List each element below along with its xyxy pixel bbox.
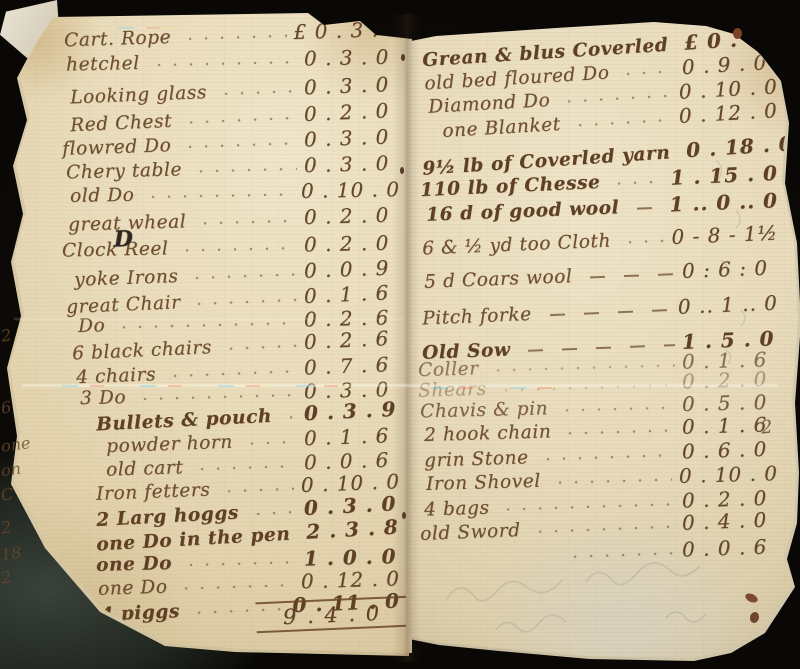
item-name: one Do xyxy=(98,577,168,600)
item-value: 0 . 2 . 6 xyxy=(303,326,400,354)
ink-bleedthrough-marks xyxy=(436,530,776,650)
ink-stain-spot xyxy=(733,28,742,39)
binding-stitch xyxy=(402,512,406,519)
dotted-leader xyxy=(187,271,297,282)
item-name: Do xyxy=(78,315,106,337)
item-value: 2 . 3 . 8 xyxy=(306,514,403,543)
item-name: one Do xyxy=(96,553,173,576)
item-name: Iron Shovel xyxy=(426,471,541,495)
dotted-leader xyxy=(165,368,297,380)
item-value: 0 . 3 . 0 xyxy=(304,45,400,71)
item-value: 0 . 2 . 0 xyxy=(303,98,400,126)
dotted-leader xyxy=(620,237,665,246)
dotted-leader xyxy=(216,88,297,98)
dotted-leader xyxy=(538,452,676,463)
margin-fragment-text: one xyxy=(0,433,32,456)
binding-stitch xyxy=(400,167,404,174)
item-name: 16 d of good wool xyxy=(426,197,620,225)
ledger-row: old Do0 . 10 . 0 xyxy=(70,177,400,207)
item-name: 6 & ½ yd too Cloth xyxy=(422,231,612,260)
item-value: 0 . 0 . 9 xyxy=(304,255,401,282)
dotted-leader xyxy=(557,404,675,414)
dotted-leader xyxy=(570,116,673,129)
margin-fragment-text: C xyxy=(0,484,15,505)
dotted-leader xyxy=(143,191,294,201)
item-name: Cart. Rope xyxy=(64,27,172,51)
scanned-manuscript: Cart. Rope£ 0 . 3 . 0hetchel0 . 3 . 0Loo… xyxy=(0,0,800,669)
item-value: £ 0 . 7 . 0 xyxy=(683,25,780,55)
item-name: yoke Irons xyxy=(74,266,179,291)
dotted-leader xyxy=(618,68,675,78)
dotted-leader xyxy=(180,32,287,42)
dotted-leader xyxy=(149,59,297,69)
item-name: 2 hook chain xyxy=(424,421,552,446)
item-value: 0 . 3 . 0 xyxy=(304,124,401,151)
dotted-leader xyxy=(181,559,297,569)
item-value: 0 . 2 . 0 xyxy=(304,202,401,229)
item-name: 3 Do xyxy=(80,387,127,409)
item-name: one Blanket xyxy=(442,114,562,142)
dotted-leader xyxy=(176,582,294,593)
margin-fragment-text: 18 xyxy=(0,543,23,565)
margin-fragment-text: on xyxy=(0,459,22,481)
ink-blot-overwrite: D xyxy=(114,226,134,252)
item-name: Looking glass xyxy=(70,82,208,108)
dotted-leader xyxy=(242,438,297,447)
dotted-leader xyxy=(581,273,675,279)
item-value: 0 . 1 . 6 xyxy=(303,280,400,308)
item-value: 0 . 6 . 0 xyxy=(682,436,779,463)
item-value: 0 . 7 . 6 xyxy=(303,352,400,380)
dotted-leader xyxy=(628,207,662,210)
dotted-leader xyxy=(560,427,675,437)
margin-fragment-text: 2 xyxy=(0,517,12,537)
stray-digit: 2 xyxy=(760,416,774,438)
dotted-leader xyxy=(541,309,671,316)
dotted-leader xyxy=(248,508,298,518)
item-name: hetchel xyxy=(66,53,140,76)
dotted-leader xyxy=(195,217,297,227)
item-name: 5 d Coars wool xyxy=(424,266,573,293)
dotted-leader xyxy=(219,485,294,495)
dotted-leader xyxy=(559,92,672,105)
margin-fragment-text: 2 xyxy=(0,325,12,345)
dotted-leader xyxy=(189,296,297,307)
ledger-page-left: Cart. Rope£ 0 . 3 . 0hetchel0 . 3 . 0Loo… xyxy=(8,13,412,663)
item-name: 4 bags xyxy=(424,498,490,521)
dotted-leader xyxy=(192,463,297,473)
item-value: 0 . 3 . 0 xyxy=(304,151,401,178)
item-value: £ 0 . 3 . 0 xyxy=(293,17,400,44)
item-name: old Do xyxy=(70,185,135,207)
ledger-page-right: Grean & blus Coverled£ 0 . 7 . 0old bed … xyxy=(406,0,800,669)
dotted-leader xyxy=(281,414,297,422)
item-value: 0 . 1 . 6 xyxy=(304,423,401,450)
dotted-leader xyxy=(177,245,297,255)
item-value: 0 . 10 . 0 xyxy=(679,461,779,488)
dotted-leader xyxy=(191,165,297,175)
item-value: 0 . 10 . 0 xyxy=(301,177,400,203)
dotted-leader xyxy=(609,178,663,187)
item-name: Chery table xyxy=(66,159,182,183)
dotted-leader xyxy=(135,392,297,403)
margin-fragment-text: 6 xyxy=(0,397,12,417)
item-value: 0 . 12 . 0 xyxy=(678,98,778,128)
dotted-leader xyxy=(180,140,297,151)
dotted-leader xyxy=(550,476,672,486)
margin-fragment-text: 2 xyxy=(0,567,12,587)
binding-stitch xyxy=(401,54,405,61)
item-value: 0 . 2 . 0 xyxy=(304,230,400,256)
dotted-leader xyxy=(181,114,297,126)
page-total: 9 . 4 . 0 xyxy=(255,596,408,634)
item-name: Pitch forke xyxy=(422,304,532,330)
item-value: 0 . 3 . 9 xyxy=(303,397,400,426)
item-value: 0 . 3 . 0 xyxy=(303,72,400,100)
dotted-leader xyxy=(221,342,297,352)
dotted-leader xyxy=(114,320,297,331)
item-name: 4 piggs xyxy=(100,601,181,625)
ink-bleedthrough-marks-edge xyxy=(696,150,786,370)
